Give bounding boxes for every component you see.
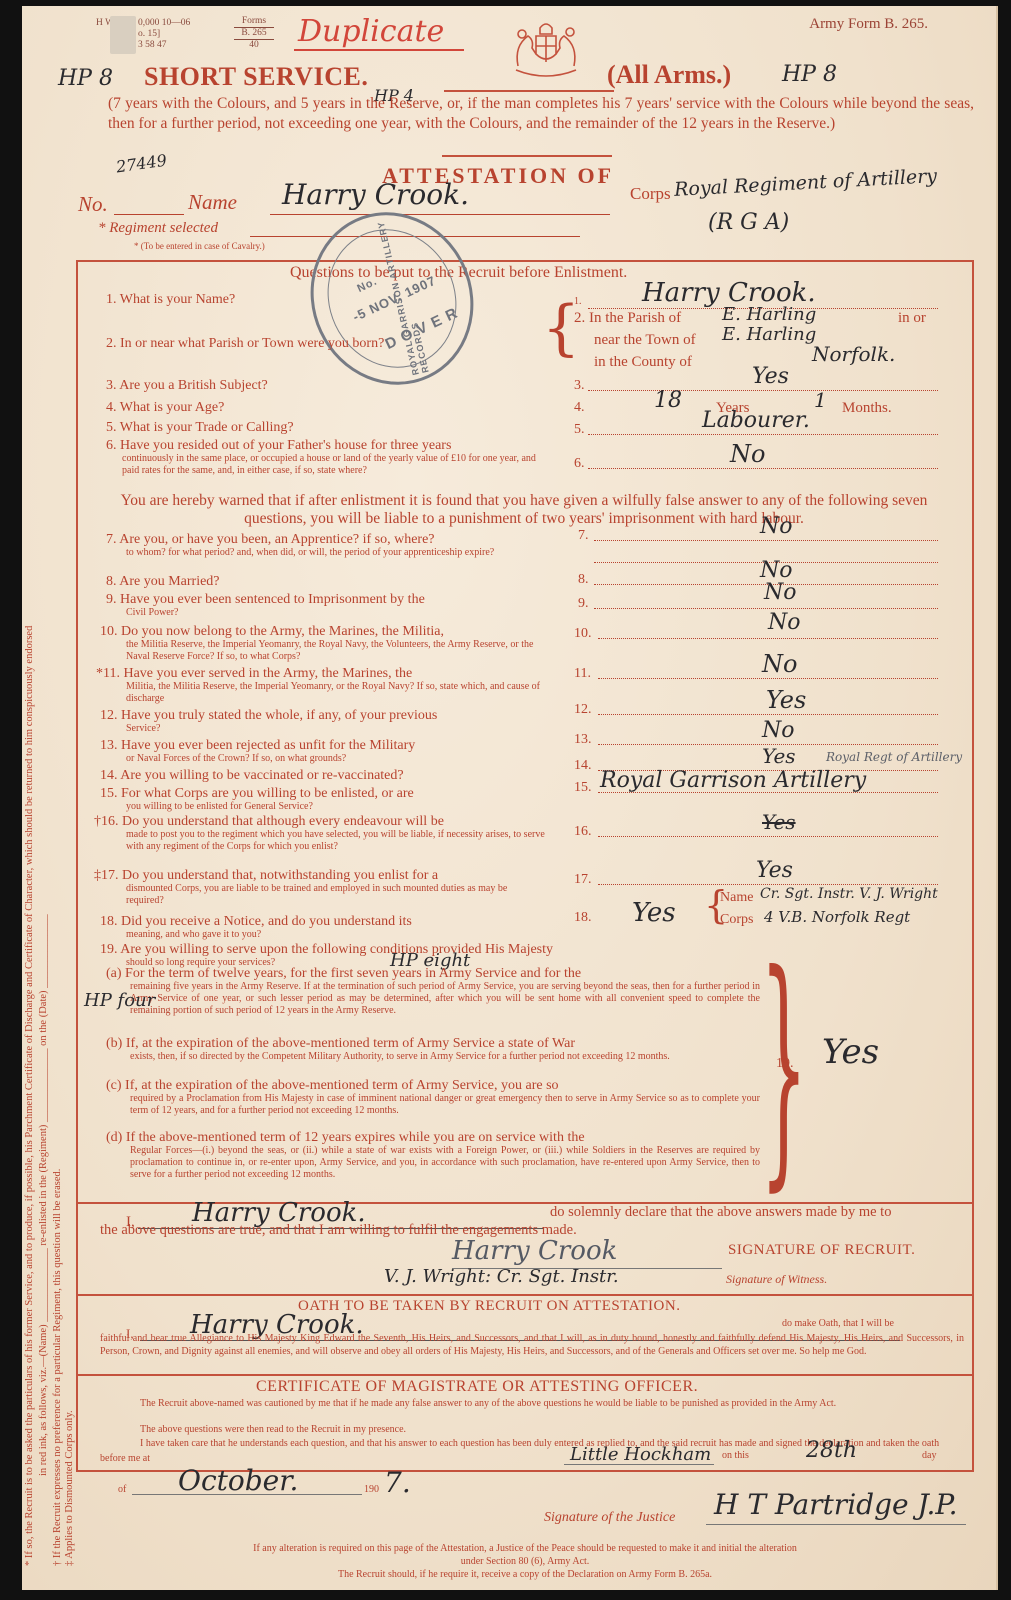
rule-certificate (76, 1374, 974, 1376)
witness-signature: V. J. Wright: Cr. Sgt. Instr. (384, 1266, 619, 1287)
answer-18-name-label: Name (720, 890, 753, 906)
answer-17-line (598, 884, 938, 885)
question-3: 3. Are you a British Subject? (106, 378, 268, 393)
question-11: *11. Have you ever served in the Army, t… (96, 666, 546, 705)
answer-8-number: 8. (578, 572, 589, 588)
answer-17-number: 17. (574, 872, 592, 888)
certificate-month-line (132, 1494, 362, 1495)
witness-signature-label: Signature of Witness. (726, 1272, 827, 1287)
printer-line: 3 58 47 (138, 40, 190, 51)
answer-5-value: Labourer. (702, 408, 810, 433)
regiment-selected-label: * Regiment selected (98, 220, 218, 237)
answer-18-number: 18. (574, 910, 592, 926)
subtitle-underline (442, 155, 612, 157)
certificate-place: Little Hockham (570, 1444, 711, 1465)
answer-19-number: 19. (776, 1056, 794, 1072)
false-answer-warning: You are hereby warned that if after enli… (94, 492, 954, 528)
title-all-arms: (All Arms.) (607, 60, 731, 90)
answer-9-line (594, 608, 938, 609)
answer-15-number: 15. (574, 780, 592, 796)
no-label: No. (78, 192, 108, 217)
answer-12-number: 12. (574, 702, 592, 718)
answer-9-number: 9. (578, 596, 589, 612)
forms-sub: 40 (234, 40, 274, 51)
corps-label: Corps (630, 184, 671, 204)
margin-note-former-service: * If so, the Recruit is to be asked the … (24, 626, 35, 1566)
answer-5-number: 5. (574, 422, 585, 438)
question-16: †16. Do you understand that although eve… (94, 814, 546, 853)
forms-label: Forms (234, 16, 274, 28)
recruit-signature-label: SIGNATURE OF RECRUIT. (728, 1242, 915, 1259)
printer-line: 0,000 10—06 (138, 18, 190, 29)
answer-18-corps-label: Corps (720, 912, 753, 928)
recruit-name-value: Harry Crook. (282, 178, 469, 211)
question-7: 7. Are you, or have you been, an Apprent… (106, 532, 546, 559)
condition-b: (b) If, at the expiration of the above-m… (106, 1036, 760, 1063)
question-18: 18. Did you receive a Notice, and do you… (100, 914, 546, 941)
footer-line-3: The Recruit should, if he require it, re… (76, 1568, 974, 1581)
certificate-para-1: The Recruit above-named was cautioned by… (100, 1398, 964, 1410)
answer-12-line (598, 714, 938, 715)
answer-10-number: 10. (574, 626, 592, 642)
question-17: ‡17. Do you understand that, notwithstan… (94, 868, 546, 907)
certificate-year-prefix: 190 (364, 1484, 379, 1495)
answer-3-number: 3. (574, 378, 585, 394)
justice-signature-line (706, 1524, 966, 1525)
question-9: 9. Have you ever been sentenced to Impri… (106, 592, 546, 619)
condition-c: (c) If, at the expiration of the above-m… (106, 1078, 760, 1117)
answer-10-line (598, 638, 938, 639)
condition-a: (a) For the term of twelve years, for th… (106, 966, 760, 1017)
answer-11-line (598, 678, 938, 679)
answer-11-value: No (762, 650, 797, 678)
forms-ref: Forms B. 265 40 (234, 16, 274, 51)
royal-coat-of-arms-icon (510, 18, 582, 80)
question-14: 14. Are you willing to be vaccinated or … (100, 768, 404, 783)
answer-14-annotation: Royal Regt of Artillery (826, 750, 962, 764)
title-short-service: SHORT SERVICE. (144, 62, 368, 92)
name-label: Name (188, 190, 237, 215)
justice-signature: H T Partridge J.P. (714, 1488, 957, 1521)
question-4: 4. What is your Age? (106, 400, 224, 415)
answer-7-number: 7. (578, 528, 589, 544)
answer-2-parish-label: 2. In the Parish of (574, 310, 681, 327)
attestation-form-page: H W 0,000 10—06 o. 15] 3 58 47 Forms B. … (22, 6, 998, 1590)
certificate-on-this: on this (722, 1450, 749, 1461)
answer-17-value: Yes (756, 858, 793, 883)
corps-sub-value: (R G A) (708, 210, 789, 235)
certificate-para-2: The above questions were then read to th… (140, 1424, 406, 1435)
duplicate-annotation: Duplicate (294, 14, 464, 51)
printer-line: o. 15] (138, 29, 190, 40)
question-15: 15. For what Corps are you willing to be… (100, 786, 546, 813)
question-10: 10. Do you now belong to the Army, the M… (100, 624, 546, 663)
answer-4-number: 4. (574, 400, 585, 416)
rule-oath (76, 1294, 974, 1296)
answer-18-notice-giver: Cr. Sgt. Instr. V. J. Wright (760, 886, 938, 902)
answer-9-value: No (764, 580, 797, 605)
answer-6-number: 6. (574, 456, 585, 472)
service-number: 27449 (115, 151, 168, 177)
answer-16-value-struck: Yes (762, 810, 796, 834)
answer-2-county-value: Norfolk. (812, 342, 895, 366)
margin-note-no-preference: † If the Recruit expresses no preference… (52, 1169, 63, 1566)
answer-7-line (594, 540, 938, 541)
answer-6-line (588, 468, 938, 469)
answer-11-number: 11. (574, 666, 591, 682)
answer-2-town-value: E. Harling (722, 324, 816, 345)
footer-line-1: If any alteration is required on this pa… (76, 1542, 974, 1555)
answer-4-months-value: 1 (814, 388, 827, 412)
condition-a-annotation-four: HP four (84, 990, 155, 1011)
certificate-day-label: day (922, 1450, 936, 1461)
footer-notes: If any alteration is required on this pa… (76, 1542, 974, 1581)
certificate-day-value: 28th (806, 1438, 857, 1463)
certificate-heading: CERTIFICATE OF MAGISTRATE OR ATTESTING O… (256, 1378, 698, 1396)
printer-lines: 0,000 10—06 o. 15] 3 58 47 (138, 18, 190, 51)
question-6: 6. Have you resided out of your Father's… (106, 438, 546, 477)
question-8: 8. Are you Married? (106, 574, 220, 589)
service-terms-subtitle: (7 years with the Colours, and 5 years i… (108, 94, 974, 134)
answer-2-county-label: in the County of (594, 354, 692, 371)
answer-2-parish-value: E. Harling (722, 304, 816, 325)
regiment-note: * (To be entered in case of Cavalry.) (134, 241, 265, 251)
answer-2-in-or: in or (898, 310, 926, 327)
forms-number: B. 265 (234, 28, 274, 40)
answer-15-value: Royal Garrison Artillery (600, 768, 866, 793)
recruit-signature: Harry Crook (452, 1236, 617, 1266)
certificate-month-value: October. (178, 1464, 298, 1497)
margin-note-red-ink: in red ink, as follows, viz.—(Name) ____… (38, 914, 49, 1476)
question-12: 12. Have you truly stated the whole, if … (100, 708, 546, 735)
oath-text-end: do make Oath, that I will be (782, 1318, 894, 1329)
question-2: 2. In or near what Parish or Town were y… (106, 336, 384, 351)
answer-18-value: Yes (632, 898, 676, 928)
army-form-number: Army Form B. 265. (809, 16, 928, 33)
margin-note-dismounted: ‡ Applies to Dismounted Corps only. (64, 1410, 75, 1566)
declaration-text-1: do solemnly declare that the above answe… (550, 1204, 891, 1221)
certificate-of-label: of (118, 1484, 126, 1495)
question-13: 13. Have you ever been rejected as unfit… (100, 738, 546, 765)
answer-3-value: Yes (752, 364, 789, 389)
answer-14-value: Yes (762, 744, 796, 768)
answer-5-line (588, 434, 938, 435)
certificate-place-line (564, 1464, 714, 1465)
answer-4-months-label: Months. (842, 400, 892, 417)
answer-13-value: No (762, 718, 795, 743)
title-underline (444, 90, 614, 92)
justice-signature-label: Signature of the Justice (544, 1510, 675, 1526)
answer-13-number: 13. (574, 732, 592, 748)
name-line (270, 214, 610, 215)
answer-19-value: Yes (822, 1032, 879, 1072)
answer-12-value: Yes (766, 686, 806, 714)
answer-14-number: 14. (574, 758, 592, 774)
condition-d: (d) If the above-mentioned term of 12 ye… (106, 1130, 760, 1181)
answer-16-number: 16. (574, 824, 592, 840)
torn-patch (110, 16, 136, 54)
question-5: 5. What is your Trade or Calling? (106, 420, 294, 435)
answer-2-town-label: near the Town of (594, 332, 696, 349)
answer-4-years-value: 18 (654, 388, 682, 413)
certificate-year-suffix: 7. (384, 1466, 411, 1499)
oath-body: faithful and bear true Allegiance to His… (100, 1332, 964, 1358)
question-6-sub: continuously in the same place, or occup… (106, 453, 546, 477)
no-line (114, 214, 184, 215)
answer-3-line (588, 390, 938, 391)
annotation-hp-right: HP 8 (782, 62, 837, 87)
question-1: 1. What is your Name? (106, 292, 235, 307)
answer-10-value: No (768, 610, 801, 635)
brace-q2: { (542, 298, 580, 358)
answer-16-line (598, 836, 938, 837)
answer-6-value: No (730, 440, 765, 468)
footer-line-2: under Section 80 (6), Army Act. (76, 1555, 974, 1568)
annotation-hp-left: HP 8 (58, 66, 113, 91)
answer-7-value: No (760, 514, 793, 539)
corps-value: Royal Regiment of Artillery (674, 165, 938, 201)
